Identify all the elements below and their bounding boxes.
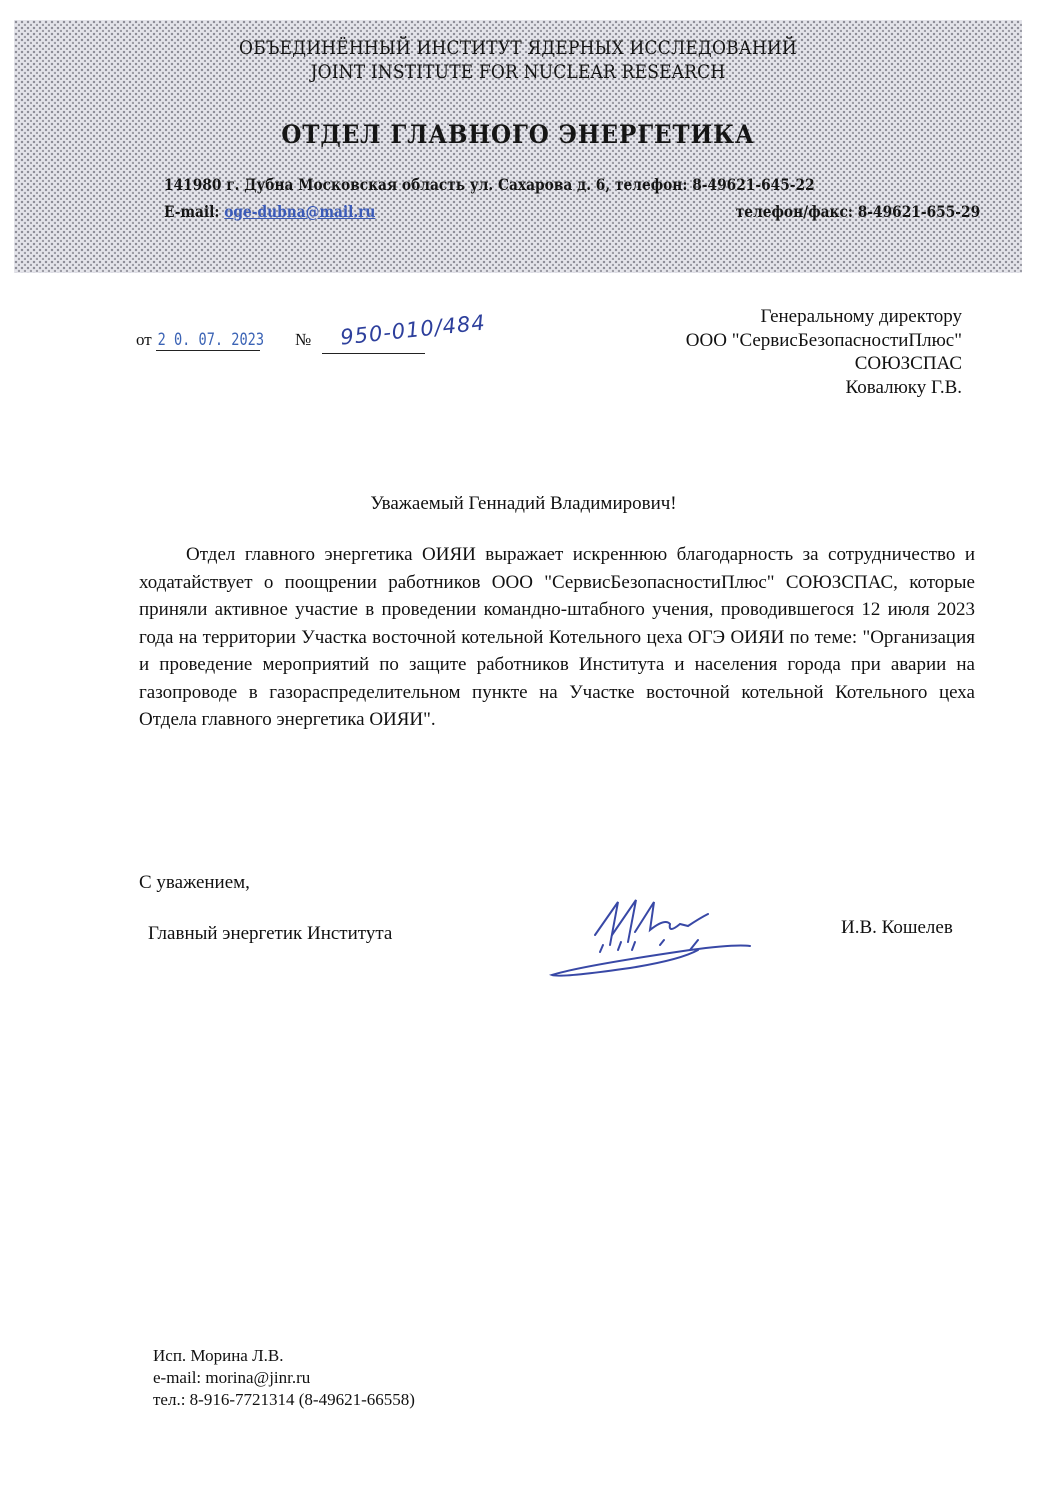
fax-line: телефон/факс: 8-49621-655-29 [736, 202, 980, 221]
executor-phone: тел.: 8-916-7721314 (8-49621-66558) [153, 1389, 415, 1411]
email-label: E-mail: [164, 202, 224, 221]
letterhead: ОБЪЕДИНЁННЫЙ ИНСТИТУТ ЯДЕРНЫХ ИССЛЕДОВАН… [14, 20, 1022, 273]
signer-name: И.В. Кошелев [841, 917, 953, 939]
department-title: ОТДЕЛ ГЛАВНОГО ЭНЕРГЕТИКА [54, 120, 981, 149]
signer-title: Главный энергетик Института [148, 923, 392, 945]
number-label: № [295, 330, 311, 350]
addressee-line: ООО "СервисБезопасностиПлюс" [686, 329, 962, 353]
addressee: Генеральному директору ООО "СервисБезопа… [686, 305, 962, 399]
reference-date: от 2 0. 07. 2023 [136, 330, 286, 351]
salutation: Уважаемый Геннадий Владимирович! [0, 493, 1047, 515]
org-name-en: JOINT INSTITUTE FOR NUCLEAR RESEARCH [54, 62, 981, 83]
email-link[interactable]: oge-dubna@mail.ru [224, 202, 375, 221]
date-value: 2 0. 07. 2023 [156, 330, 260, 351]
signature-icon [540, 890, 760, 985]
addressee-line: Генеральному директору [686, 305, 962, 329]
addressee-line: СОЮЗСПАС [686, 352, 962, 376]
date-label: от [136, 330, 152, 349]
address-line: 141980 г. Дубна Московская область ул. С… [164, 175, 815, 194]
org-name-ru: ОБЪЕДИНЁННЫЙ ИНСТИТУТ ЯДЕРНЫХ ИССЛЕДОВАН… [54, 38, 981, 59]
addressee-line: Ковалюку Г.В. [686, 376, 962, 400]
closing: С уважением, [139, 872, 250, 894]
executor-email: e-mail: morina@jinr.ru [153, 1367, 415, 1389]
email-line: E-mail: oge-dubna@mail.ru [164, 202, 375, 221]
executor-info: Исп. Морина Л.В. e-mail: morina@jinr.ru … [153, 1345, 415, 1411]
executor-name: Исп. Морина Л.В. [153, 1345, 415, 1367]
letter-body: Отдел главного энергетика ОИЯИ выражает … [139, 541, 975, 734]
